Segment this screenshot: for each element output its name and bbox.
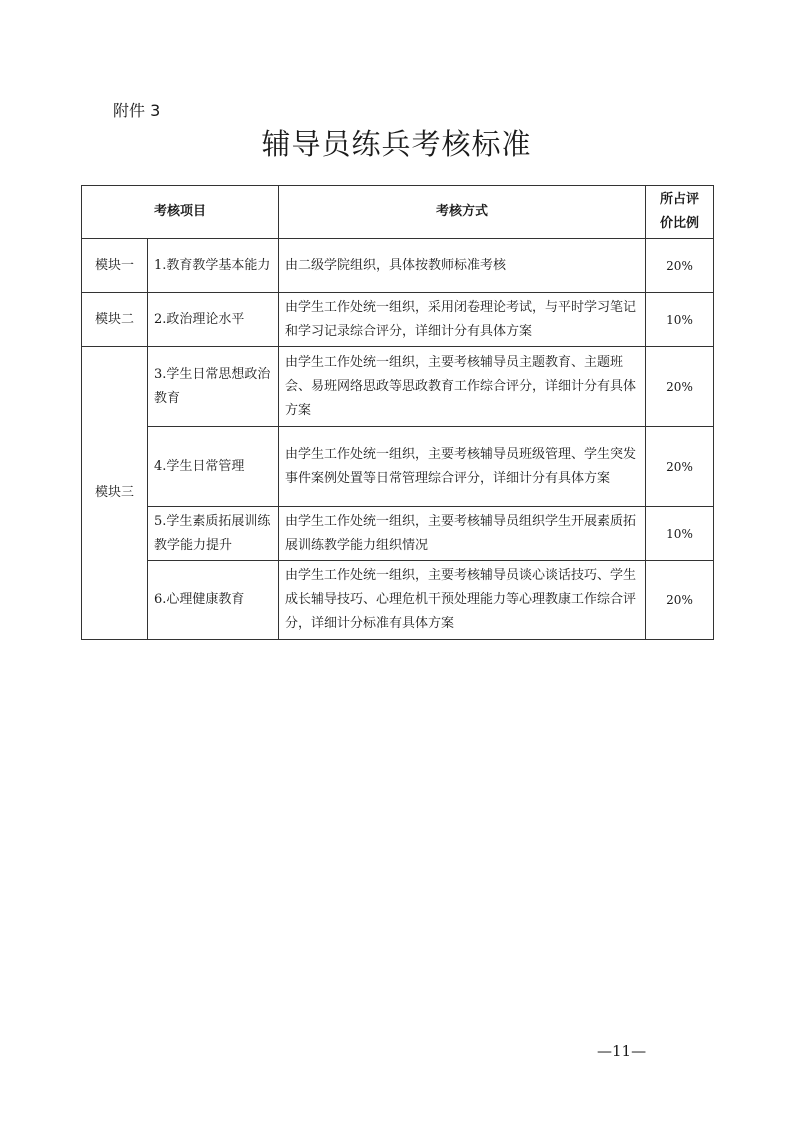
- page-number: —11—: [597, 1042, 646, 1060]
- table-row: 模块一 1.教育教学基本能力 由二级学院组织，具体按教师标准考核 20%: [82, 239, 714, 293]
- module-cell: 模块一: [82, 239, 148, 293]
- item-cell: 6.心理健康教育: [148, 561, 279, 640]
- item-cell: 5.学生素质拓展训练教学能力提升: [148, 507, 279, 561]
- header-weight: 所占评价比例: [646, 186, 714, 239]
- assessment-table: 考核项目 考核方式 所占评价比例 模块一 1.教育教学基本能力 由二级学院组织，…: [81, 185, 714, 640]
- method-cell: 由二级学院组织，具体按教师标准考核: [279, 239, 646, 293]
- item-cell: 1.教育教学基本能力: [148, 239, 279, 293]
- header-method: 考核方式: [279, 186, 646, 239]
- table-row: 5.学生素质拓展训练教学能力提升 由学生工作处统一组织，主要考核辅导员组织学生开…: [82, 507, 714, 561]
- method-cell: 由学生工作处统一组织，主要考核辅导员谈心谈话技巧、学生成长辅导技巧、心理危机干预…: [279, 561, 646, 640]
- module-cell: 模块三: [82, 347, 148, 640]
- weight-cell: 10%: [646, 293, 714, 347]
- table-header-row: 考核项目 考核方式 所占评价比例: [82, 186, 714, 239]
- page-title: 辅导员练兵考核标准: [0, 122, 793, 163]
- method-cell: 由学生工作处统一组织，主要考核辅导员主题教育、主题班会、易班网络思政等思政教育工…: [279, 347, 646, 427]
- table-row: 4.学生日常管理 由学生工作处统一组织，主要考核辅导员班级管理、学生突发事件案例…: [82, 427, 714, 507]
- module-cell: 模块二: [82, 293, 148, 347]
- weight-cell: 20%: [646, 427, 714, 507]
- table-row: 模块二 2.政治理论水平 由学生工作处统一组织，采用闭卷理论考试，与平时学习笔记…: [82, 293, 714, 347]
- method-cell: 由学生工作处统一组织，采用闭卷理论考试，与平时学习笔记和学习记录综合评分，详细计…: [279, 293, 646, 347]
- table-row: 模块三 3.学生日常思想政治教育 由学生工作处统一组织，主要考核辅导员主题教育、…: [82, 347, 714, 427]
- item-cell: 3.学生日常思想政治教育: [148, 347, 279, 427]
- weight-cell: 20%: [646, 239, 714, 293]
- weight-cell: 10%: [646, 507, 714, 561]
- weight-cell: 20%: [646, 561, 714, 640]
- method-cell: 由学生工作处统一组织，主要考核辅导员班级管理、学生突发事件案例处置等日常管理综合…: [279, 427, 646, 507]
- weight-cell: 20%: [646, 347, 714, 427]
- method-cell: 由学生工作处统一组织，主要考核辅导员组织学生开展素质拓展训练教学能力组织情况: [279, 507, 646, 561]
- item-cell: 4.学生日常管理: [148, 427, 279, 507]
- header-item: 考核项目: [82, 186, 279, 239]
- table-row: 6.心理健康教育 由学生工作处统一组织，主要考核辅导员谈心谈话技巧、学生成长辅导…: [82, 561, 714, 640]
- item-cell: 2.政治理论水平: [148, 293, 279, 347]
- attachment-label: 附件 3: [113, 98, 160, 121]
